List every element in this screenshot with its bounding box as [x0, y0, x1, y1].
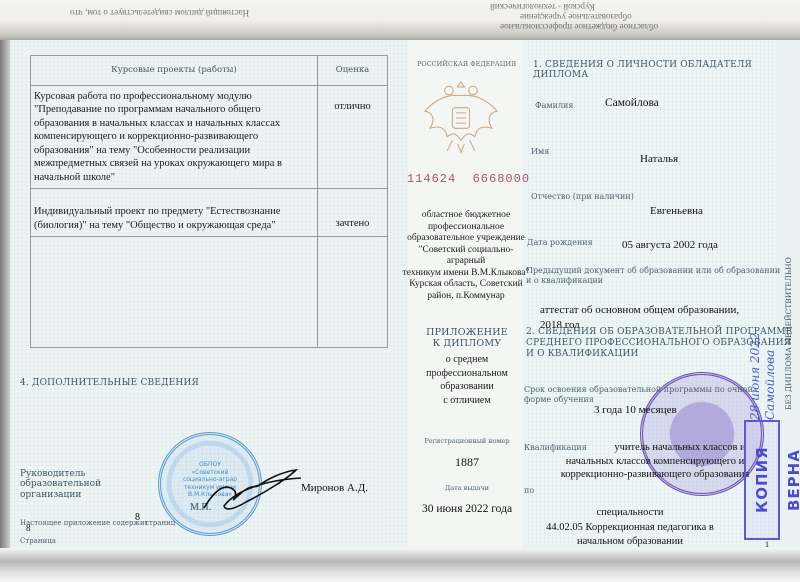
country-label: РОССИЙСКАЯ ФЕДЕРАЦИЯ: [417, 60, 516, 68]
institution-line: "Советский социально-аграрный: [400, 245, 532, 268]
name-label: Имя: [531, 147, 549, 156]
pages-count: 8: [135, 512, 140, 523]
mirrored-text-right-2: образовательное учреждение: [520, 12, 632, 22]
coat-of-arms-icon: [418, 75, 504, 161]
scan-left-edge: [0, 40, 10, 550]
appendix-subtitle: о среднем профессиональном образовании с…: [412, 353, 522, 407]
pages-count-handwritten: 8: [26, 523, 31, 533]
qualification-line: начальных классов компенсирующего и: [540, 455, 770, 469]
prev-doc-label-line: Предыдущий документ об образовании или о…: [526, 266, 780, 276]
top-page-curl: Настоящий диплом свидетельствует о том, …: [0, 0, 800, 44]
table-row: Курсовая работа по профессиональному мод…: [31, 86, 388, 189]
surname-value: Самойлова: [605, 97, 659, 109]
qualification-value: учитель начальных классов и начальных кл…: [540, 441, 770, 482]
name-value: Наталья: [640, 153, 678, 165]
footer-label: Страница: [20, 537, 56, 545]
appendix-title-line: К ДИПЛОМУ: [412, 338, 522, 349]
head-name: Миронов А.Д.: [301, 482, 368, 494]
head-label: Руководитель образовательной организации: [20, 469, 101, 500]
patronymic-label: Отчество (при наличии): [531, 192, 634, 201]
serial-number: 114624 6668000: [407, 172, 530, 186]
qualification-line: учитель начальных классов и: [540, 441, 770, 455]
mirrored-text-left: Настоящий диплом свидетельствует о том, …: [70, 8, 249, 18]
prev-doc-label: Предыдущий документ об образовании или о…: [526, 266, 780, 287]
section1-heading: 1. СВЕДЕНИЯ О ЛИЧНОСТИ ОБЛАДАТЕЛЯ ДИПЛОМ…: [533, 60, 800, 80]
specialty-line: 44.02.05 Коррекционная педагогика в: [530, 521, 730, 536]
mirrored-text-right-1: Курской - технологический: [490, 2, 595, 12]
study-period-value: 3 года 10 месяцев: [594, 404, 677, 416]
appendix-title: ПРИЛОЖЕНИЕ К ДИПЛОМУ: [412, 327, 522, 350]
reg-number-label: Регистрационный номер: [412, 437, 522, 445]
birth-date-value: 05 августа 2002 года: [622, 239, 718, 251]
column-header-projects: Курсовые проекты (работы): [31, 56, 318, 86]
appendix-sub-line: профессиональном: [412, 367, 522, 381]
bottom-page-curl: [0, 548, 800, 582]
pages-suffix: страниц: [145, 519, 175, 527]
project-grade: зачтено: [318, 189, 388, 237]
appendix-title-line: ПРИЛОЖЕНИЕ: [412, 327, 522, 338]
head-label-line: образовательной: [20, 479, 101, 489]
project-grade: отлично: [318, 86, 388, 189]
signature-icon: [196, 458, 306, 518]
birth-date-label: Дата рождения: [527, 238, 593, 247]
course-projects-table: Курсовые проекты (работы) Оценка Курсова…: [30, 55, 388, 348]
handwritten-note-2: Самойлова: [763, 325, 777, 420]
issue-date-label: Дата выдачи: [412, 484, 522, 492]
additional-info-heading: 4. ДОПОЛНИТЕЛЬНЫЕ СВЕДЕНИЯ: [20, 378, 199, 388]
prev-doc-label-line: и о квалификации: [526, 276, 780, 286]
appendix-sub-line: образовании: [412, 380, 522, 394]
institution-line: областное бюджетное: [400, 210, 532, 222]
project-title: Курсовая работа по профессиональному мод…: [31, 86, 318, 189]
appendix-sub-line: с отличием: [412, 394, 522, 408]
mirrored-text-right-3: областное бюджетное профессиональное: [500, 22, 658, 32]
surname-label: Фамилия: [535, 101, 573, 110]
column-header-grade: Оценка: [318, 56, 388, 86]
head-label-line: организации: [20, 490, 101, 500]
study-period-label: Срок освоения образовательной программы …: [524, 385, 753, 406]
institution-name: областное бюджетное профессиональное обр…: [400, 210, 532, 303]
institution-line: район, п.Коммунар: [400, 291, 532, 303]
institution-line: Курская область, Советский: [400, 279, 532, 291]
institution-line: образовательное учреждение: [400, 233, 532, 245]
prev-doc-line: аттестат об основном общем образовании,: [540, 303, 739, 318]
issue-date: 30 июня 2022 года: [404, 503, 530, 515]
patronymic-value: Евгеньевна: [650, 205, 703, 217]
institution-line: профессиональное: [400, 222, 532, 234]
project-title: Индивидуальный проект по предмету "Естес…: [31, 189, 318, 237]
reg-number: 1887: [412, 455, 522, 470]
table-row: Индивидуальный проект по предмету "Естес…: [31, 189, 388, 237]
side-note: БЕЗ ДИПЛОМА НЕДЕЙСТВИТЕЛЬНО: [784, 240, 793, 410]
copy-verified-stamp: КОПИЯ ВЕРНА: [744, 420, 780, 540]
specialty-line: специальности: [530, 506, 730, 521]
qualification-line: коррекционно-развивающего образования: [540, 468, 770, 482]
pages-label: Настоящее приложение содержит: [20, 519, 149, 527]
study-period-label-line: Срок освоения образовательной программы …: [524, 385, 753, 395]
institution-line: техникум имени В.М.Клыкова": [400, 268, 532, 280]
appendix-sub-line: о среднем: [412, 353, 522, 367]
head-label-line: Руководитель: [20, 469, 101, 479]
table-row-empty: [31, 236, 388, 347]
specialty-value: специальности 44.02.05 Коррекционная пед…: [530, 506, 730, 550]
by-label: по: [524, 486, 534, 495]
handwritten-note-1: 28 июня 2022: [748, 330, 762, 420]
